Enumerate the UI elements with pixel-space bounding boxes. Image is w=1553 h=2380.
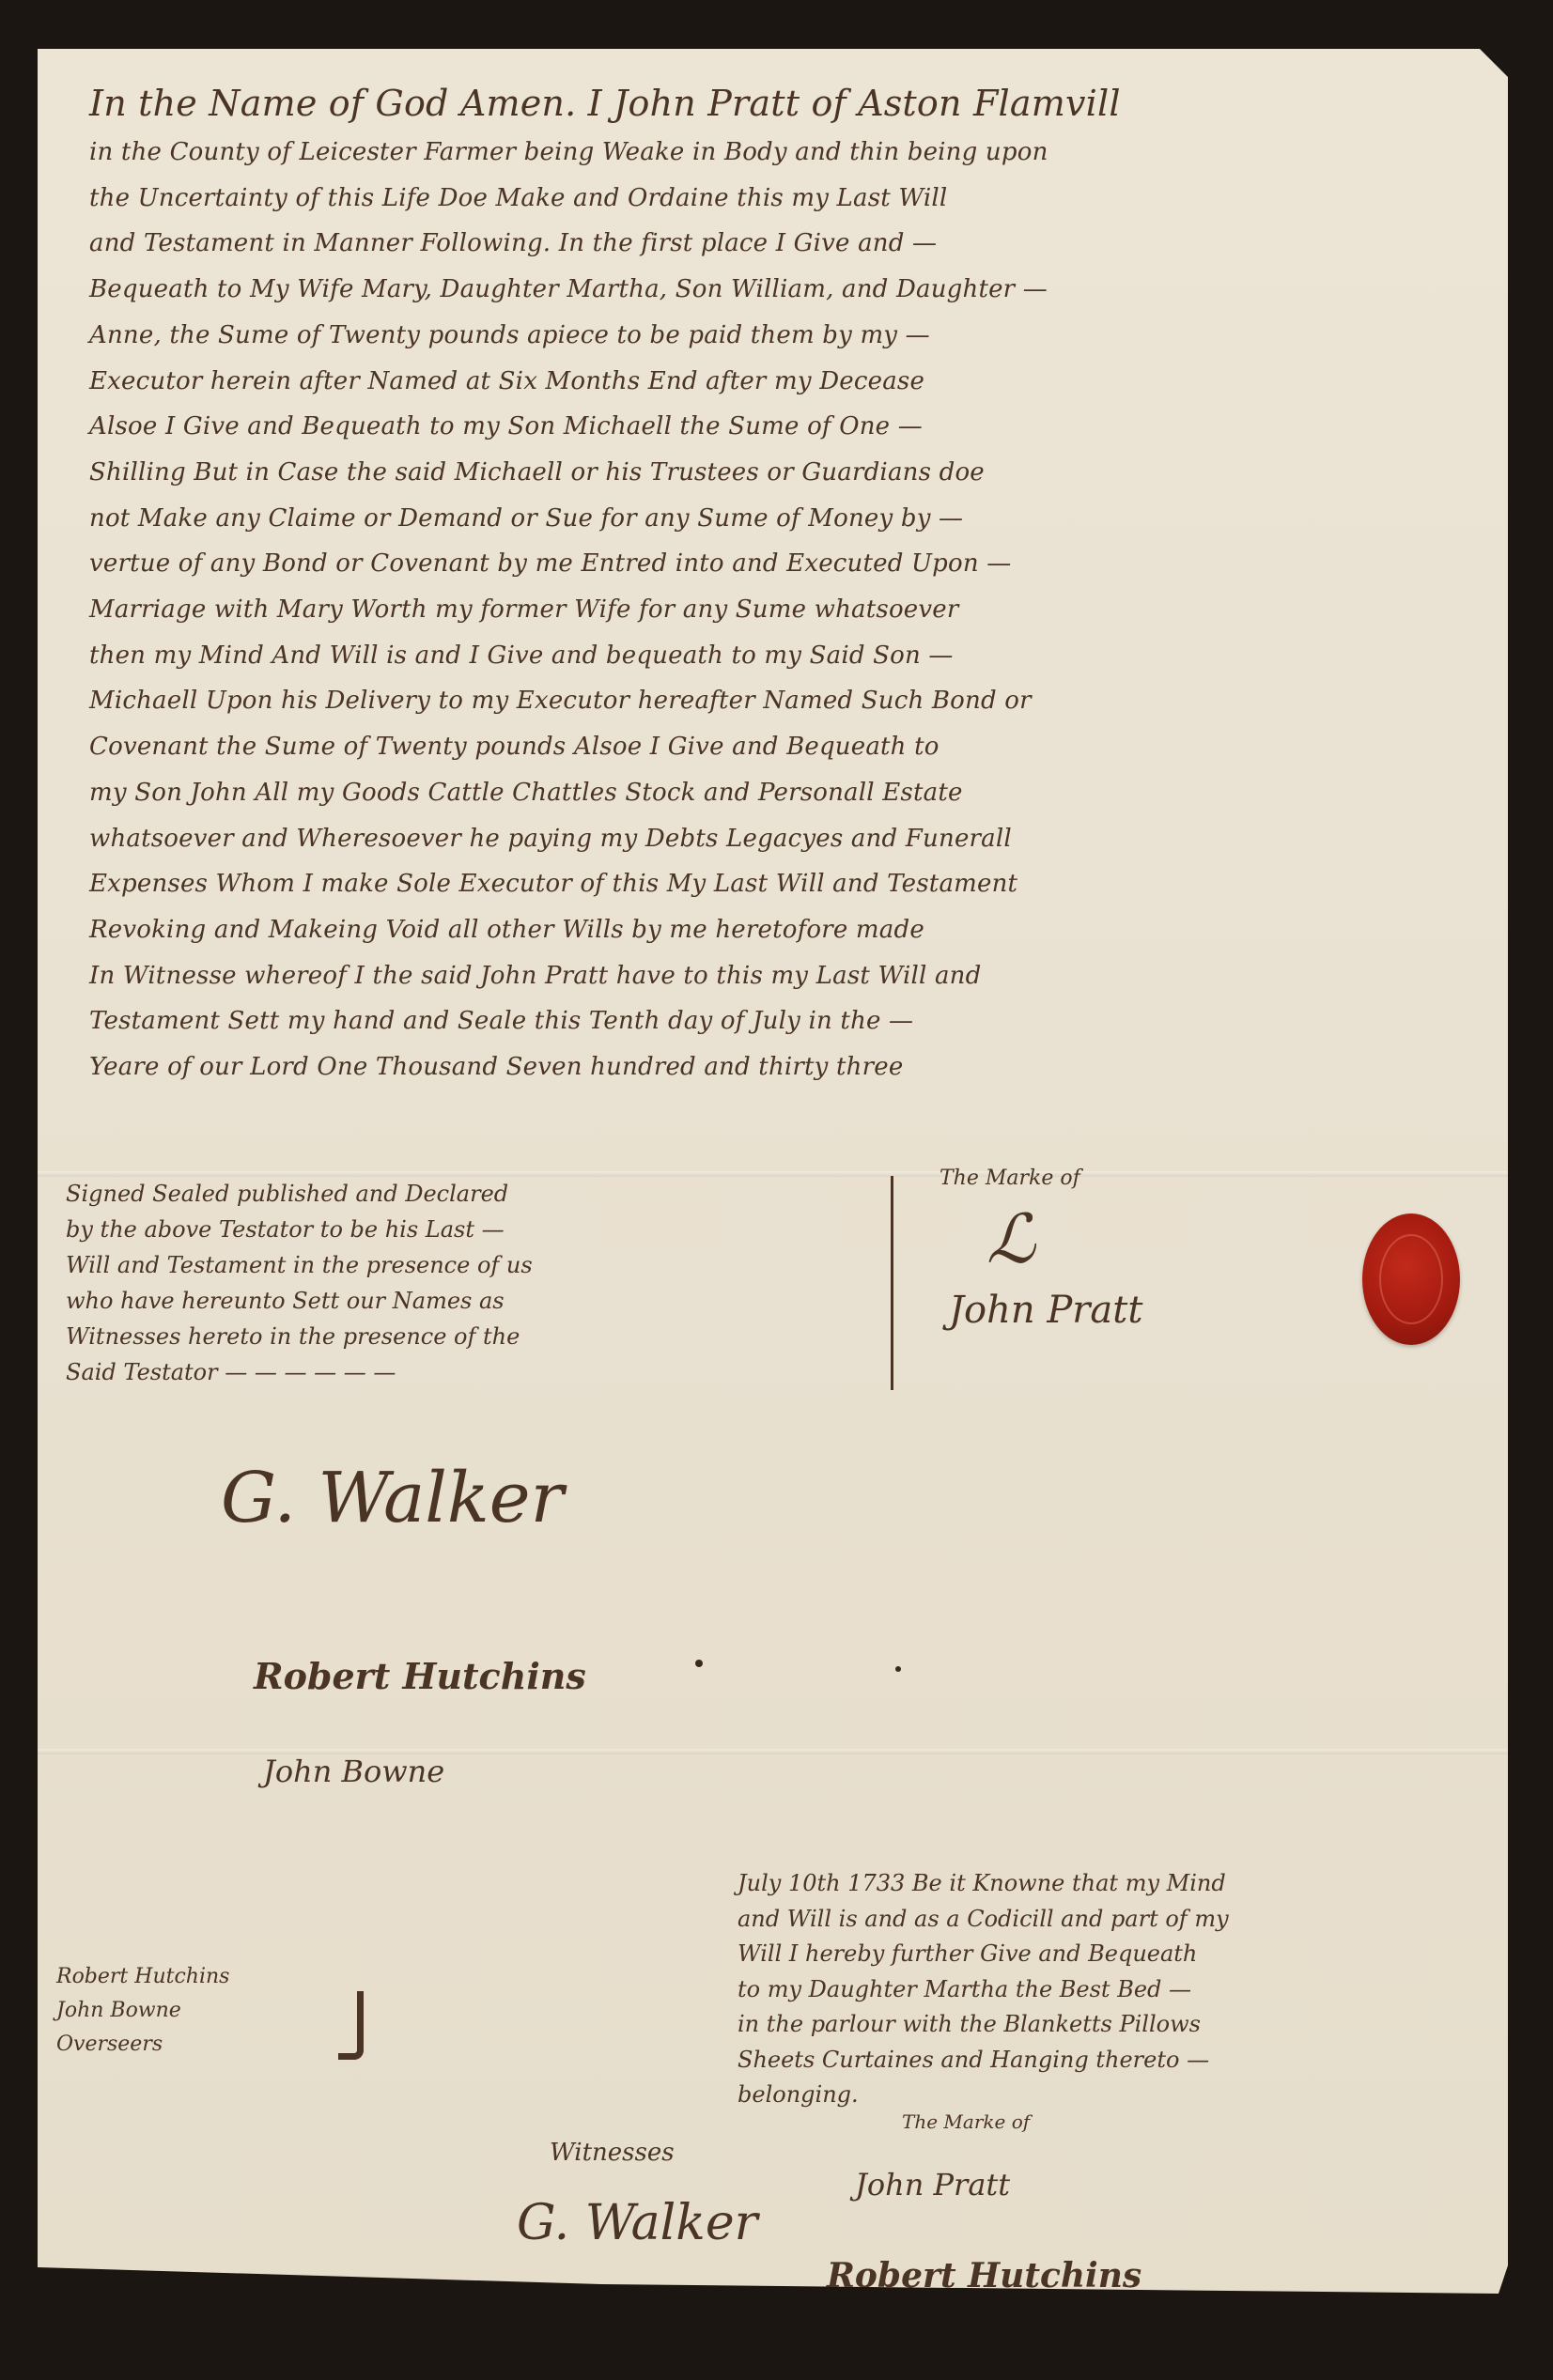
will-body-line: not Make any Claime or Demand or Sue for… bbox=[89, 496, 1470, 542]
attestation-line: by the above Testator to be his Last — bbox=[66, 1212, 874, 1247]
overseer-name: Robert Hutchins bbox=[56, 1960, 229, 1994]
will-body-line: Anne, the Sume of Twenty pounds apiece t… bbox=[89, 313, 1470, 359]
codicil-witness-signature: G. Walker bbox=[517, 2195, 757, 2251]
codicil-line: to my Daughter Martha the Best Bed — bbox=[738, 1972, 1229, 2008]
will-body-line: the Uncertainty of this Life Doe Make an… bbox=[89, 176, 1470, 222]
wax-seal-icon bbox=[1362, 1213, 1460, 1345]
will-body-line: whatsoever and Wheresoever he paying my … bbox=[89, 816, 1470, 862]
will-body-text: In the Name of God Amen. I John Pratt of… bbox=[89, 77, 1470, 1090]
will-body-line: Testament Sett my hand and Seale this Te… bbox=[89, 998, 1470, 1044]
ink-spot bbox=[895, 1666, 901, 1672]
will-body-line: Expenses Whom I make Sole Executor of th… bbox=[89, 861, 1470, 907]
will-body-line: Shilling But in Case the said Michaell o… bbox=[89, 450, 1470, 496]
attestation-line: who have hereunto Sett our Names as bbox=[66, 1283, 874, 1319]
will-body-line: and Testament in Manner Following. In th… bbox=[89, 221, 1470, 267]
will-body-line: Yeare of our Lord One Thousand Seven hun… bbox=[89, 1044, 1470, 1090]
codicil-line: in the parlour with the Blanketts Pillow… bbox=[738, 2007, 1229, 2043]
codicil-testator-signature: John Pratt bbox=[855, 2167, 1010, 2202]
will-body-line: Marriage with Mary Worth my former Wife … bbox=[89, 587, 1470, 633]
codicil-line: belonging. bbox=[738, 2078, 1229, 2113]
overseers-label: Overseers bbox=[56, 2028, 229, 2062]
will-body-line: then my Mind And Will is and I Give and … bbox=[89, 633, 1470, 679]
testator-mark-caption: The Marke of bbox=[940, 1167, 1080, 1190]
codicil-witness-signature: John Bowne bbox=[526, 2303, 707, 2339]
codicil-mark-caption: The Marke of bbox=[902, 2110, 1030, 2133]
codicil-witness-label: Witnesses bbox=[550, 2139, 675, 2167]
will-body-line: my Son John All my Goods Cattle Chattles… bbox=[89, 770, 1470, 816]
attestation-line: Witnesses hereto in the presence of the bbox=[66, 1319, 874, 1354]
attestation-clause: Signed Sealed published and Declared by … bbox=[66, 1176, 893, 1390]
codicil-line: Will I hereby further Give and Bequeath bbox=[738, 1937, 1229, 1972]
brace-icon bbox=[338, 1991, 364, 2060]
will-body-line: in the County of Leicester Farmer being … bbox=[89, 130, 1470, 176]
testator-signature: John Pratt bbox=[949, 1289, 1142, 1332]
overseer-name: John Bowne bbox=[56, 1994, 229, 2028]
witness-signature: G. Walker bbox=[221, 1458, 564, 1538]
codicil-witness-signature: Robert Hutchins bbox=[827, 2256, 1141, 2295]
witness-signature: Robert Hutchins bbox=[254, 1655, 586, 1697]
seal-impression bbox=[1379, 1234, 1443, 1324]
attestation-line: Signed Sealed published and Declared bbox=[66, 1176, 874, 1212]
witness-signature: John Bowne bbox=[263, 1754, 444, 1789]
will-body-line: Bequeath to My Wife Mary, Daughter Marth… bbox=[89, 267, 1470, 313]
testator-mark-icon: ℒ bbox=[986, 1199, 1035, 1278]
will-body-line: Michaell Upon his Delivery to my Executo… bbox=[89, 678, 1470, 724]
ink-spot bbox=[695, 1660, 703, 1667]
paper-fold-line bbox=[38, 1749, 1508, 1754]
attestation-line: Will and Testament in the presence of us bbox=[66, 1247, 874, 1283]
codicil-line: and Will is and as a Codicill and part o… bbox=[738, 1902, 1229, 1938]
overseers-list: Robert Hutchins John Bowne Overseers bbox=[56, 1960, 229, 2062]
codicil-text: July 10th 1733 Be it Knowne that my Mind… bbox=[738, 1866, 1229, 2113]
will-body-line: Alsoe I Give and Bequeath to my Son Mich… bbox=[89, 404, 1470, 450]
will-body-line: vertue of any Bond or Covenant by me Ent… bbox=[89, 541, 1470, 587]
will-document-page: In the Name of God Amen. I John Pratt of… bbox=[38, 49, 1508, 2294]
attestation-line: Said Testator — — — — — — bbox=[66, 1354, 874, 1390]
codicil-line: July 10th 1733 Be it Knowne that my Mind bbox=[738, 1866, 1229, 1902]
will-body-line: In Witnesse whereof I the said John Prat… bbox=[89, 953, 1470, 999]
will-body-line: Revoking and Makeing Void all other Will… bbox=[89, 907, 1470, 953]
codicil-line: Sheets Curtaines and Hanging thereto — bbox=[738, 2043, 1229, 2079]
will-invocation-line: In the Name of God Amen. I John Pratt of… bbox=[89, 77, 1470, 130]
will-body-line: Executor herein after Named at Six Month… bbox=[89, 359, 1470, 405]
will-body-line: Covenant the Sume of Twenty pounds Alsoe… bbox=[89, 724, 1470, 770]
